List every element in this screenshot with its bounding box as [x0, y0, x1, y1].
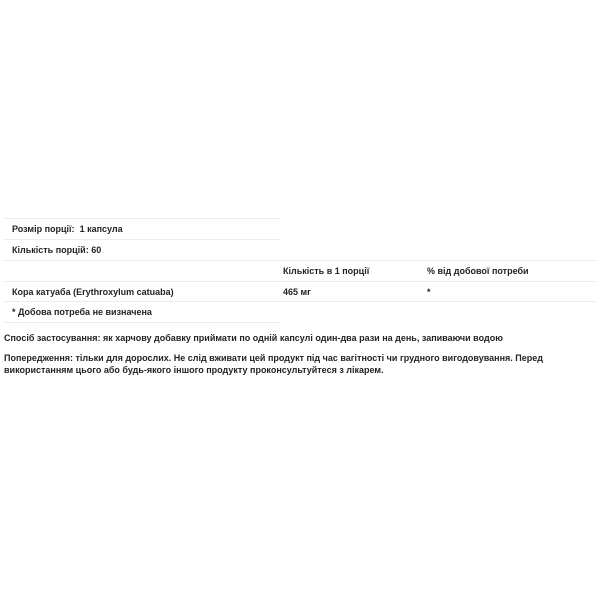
servings: Кількість порцій: 60 [12, 240, 101, 260]
servings-value: 60 [91, 245, 101, 255]
servings-label: Кількість порцій: [12, 245, 89, 255]
warning-text: Попередження: тільки для дорослих. Не сл… [4, 352, 594, 376]
amount-header: Кількість в 1 порції [283, 261, 369, 281]
dv-header: % від добової потреби [427, 261, 529, 281]
footnote: * Добова потреба не визначена [12, 302, 152, 322]
table-row: Кора катуаба (Erythroxylum catuaba) 465 … [4, 281, 596, 302]
serving-size-value: 1 капсула [80, 224, 123, 234]
serving-size: Розмір порції:1 капсула [12, 219, 123, 239]
supplement-facts-table: Розмір порції:1 капсула Кількість порцій… [4, 218, 596, 323]
footnote-row: * Добова потреба не визначена [4, 302, 280, 323]
ingredient-name: Кора катуаба (Erythroxylum catuaba) [12, 282, 174, 302]
product-notes: Спосіб застосування: як харчову добавку … [4, 332, 594, 384]
serving-size-label: Розмір порції: [12, 224, 75, 234]
servings-row: Кількість порцій: 60 [4, 239, 280, 260]
ingredient-dv: * [427, 282, 431, 302]
table-header-row: Кількість в 1 порції % від добової потре… [4, 260, 596, 281]
ingredient-amount: 465 мг [283, 282, 311, 302]
serving-size-row: Розмір порції:1 капсула [4, 218, 280, 239]
usage-text: Спосіб застосування: як харчову добавку … [4, 332, 594, 344]
